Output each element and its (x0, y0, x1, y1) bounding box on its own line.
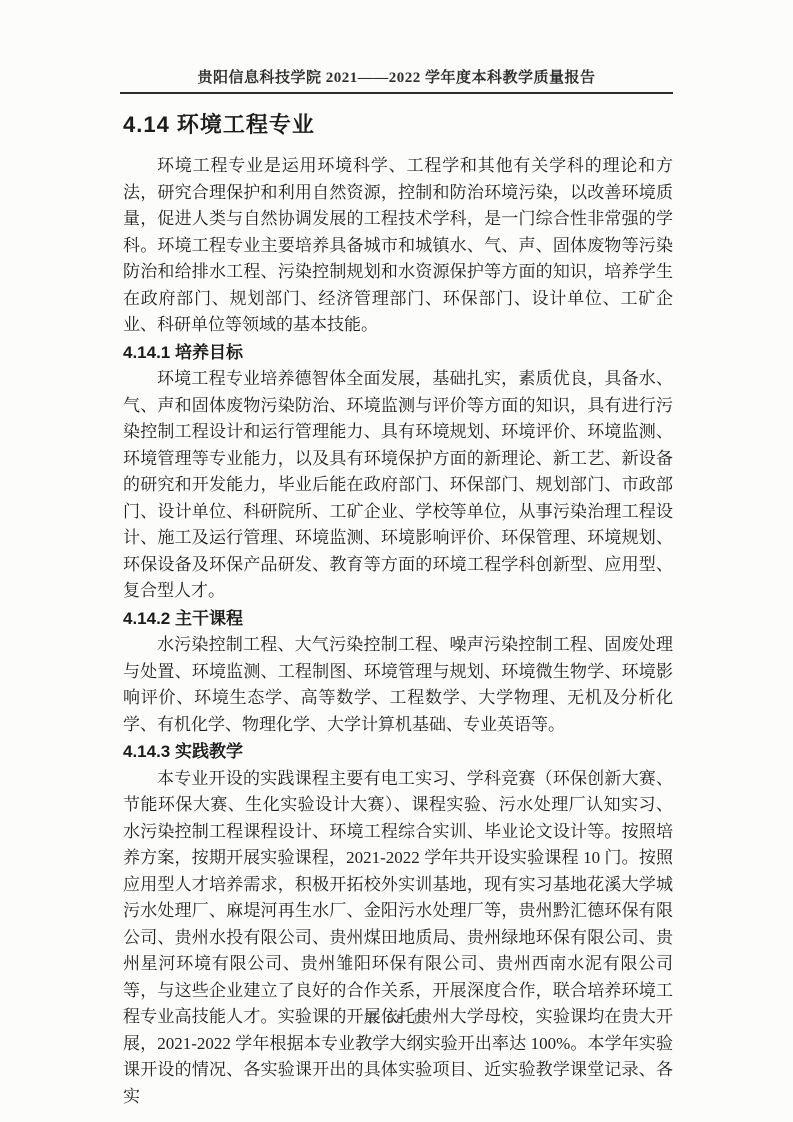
page-content: 4.14 环境工程专业 环境工程专业是运用环境科学、工程学和其他有关学科的理论和… (123, 108, 673, 1110)
subsection-heading-training-objectives: 4.14.1 培养目标 (123, 340, 673, 367)
document-page: 贵阳信息科技学院 2021——2022 学年度本科教学质量报告 4.14 环境工… (0, 0, 793, 1122)
intro-paragraph: 环境工程专业是运用环境科学、工程学和其他有关学科的理论和方法，研究合理保护和利用… (123, 153, 673, 339)
subsection-body-core-courses: 水污染控制工程、大气污染控制工程、噪声污染控制工程、固废处理与处置、环境监测、工… (123, 632, 673, 738)
subsection-heading-practical-teaching: 4.14.3 实践教学 (123, 739, 673, 766)
subsection-body-training-objectives: 环境工程专业培养德智体全面发展，基础扎实，素质优良，具备水、气、声和固体废物污染… (123, 366, 673, 605)
section-title: 4.14 环境工程专业 (123, 108, 673, 139)
page-header: 贵阳信息科技学院 2021——2022 学年度本科教学质量报告 (120, 66, 673, 102)
report-header-title: 贵阳信息科技学院 2021——2022 学年度本科教学质量报告 (120, 66, 673, 87)
subsection-body-practical-teaching: 本专业开设的实践课程主要有电工实习、学科竞赛（环保创新大赛、节能环保大赛、生化实… (123, 766, 673, 1111)
subsection-heading-core-courses: 4.14.2 主干课程 (123, 606, 673, 633)
page-footer: 第 58 页 (0, 1007, 793, 1027)
header-divider (120, 92, 673, 94)
